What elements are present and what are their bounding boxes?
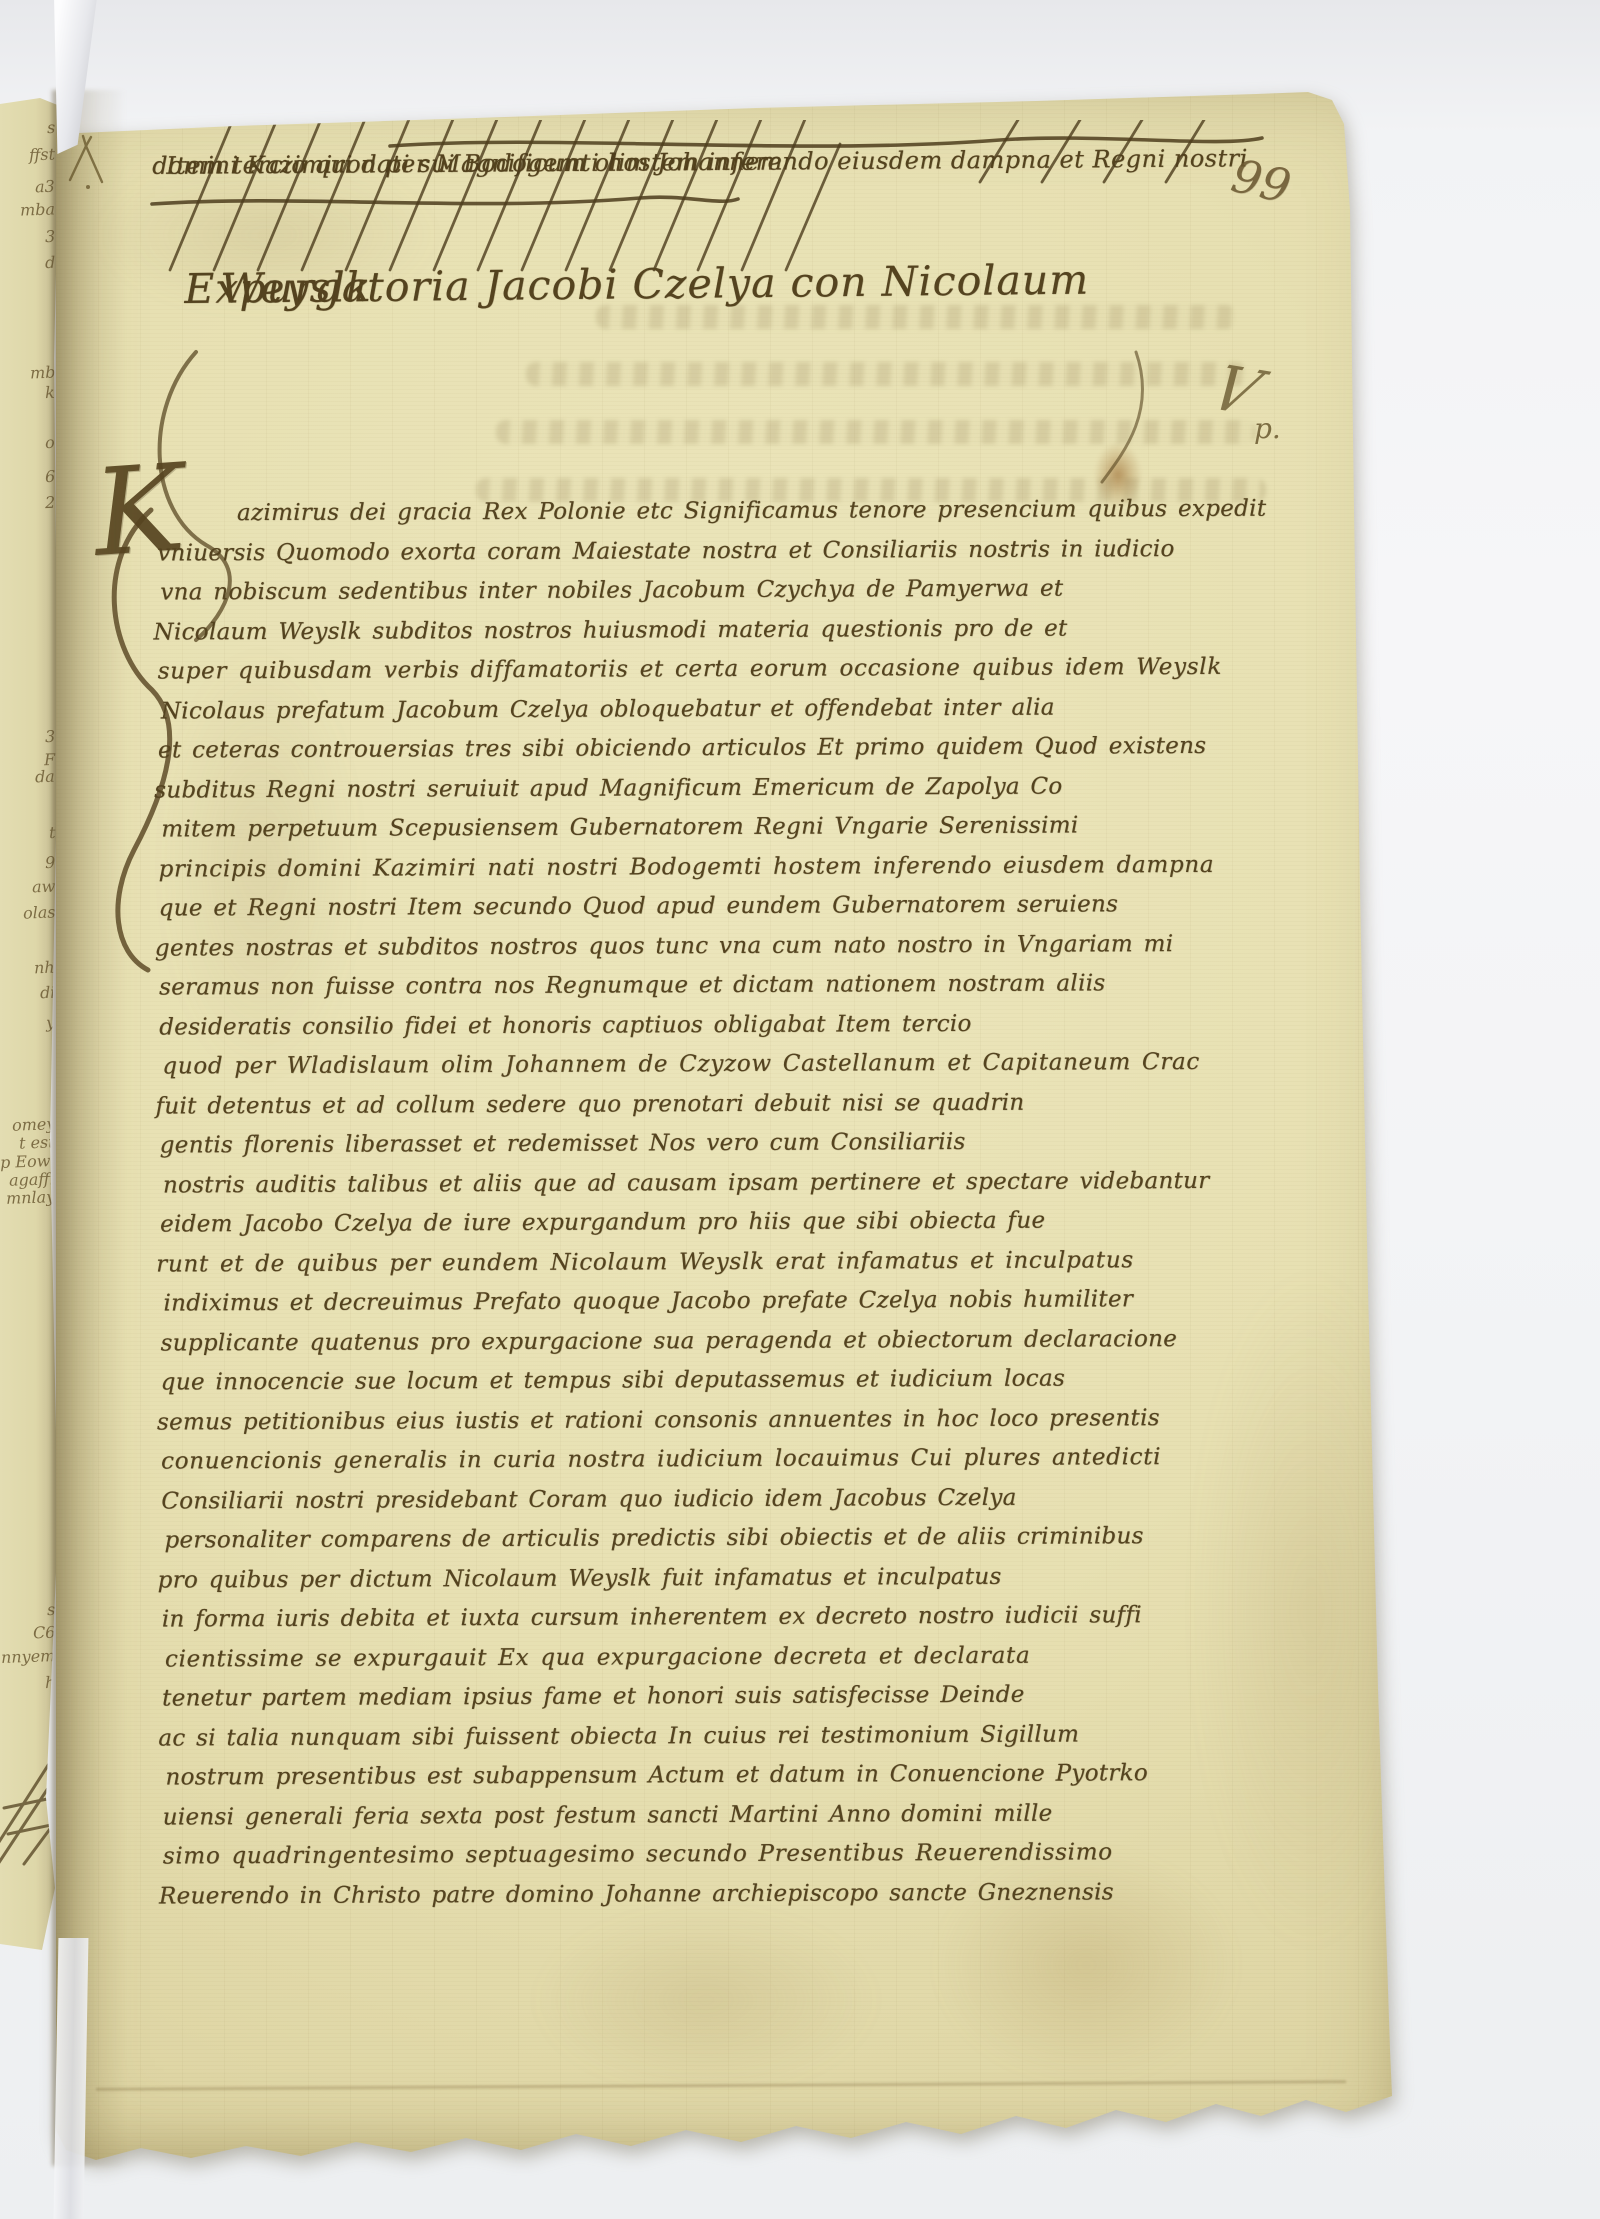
body-line: vniuersis Quomodo exorta coram Maiestate…	[157, 529, 1297, 573]
body-line: conuencionis generalis in curia nostra i…	[161, 1438, 1301, 1482]
cancelled-line: Item tercio quod per Magnificum olim Joh…	[166, 134, 783, 194]
body-line: tenetur partem mediam ipsius fame et hon…	[162, 1675, 1302, 1719]
body-line: indiximus et decreuimus Prefato quoque J…	[163, 1279, 1303, 1323]
manuscript-photograph: s ffst a3 mba 3 d mb k o 6 2 3 F da t 9 …	[0, 0, 1600, 2219]
body-line: ac si talia nunquam sibi fuissent obiect…	[158, 1714, 1298, 1758]
body-line: fuit detentus et ad collum sedere quo pr…	[155, 1082, 1295, 1126]
body-line: eidem Jacobo Czelya de iure expurgandum …	[160, 1201, 1300, 1245]
body-line: gentes nostras et subditos nostros quos …	[155, 924, 1295, 968]
body-line: que et Regni nostri Item secundo Quod ap…	[159, 885, 1299, 929]
body-line: et ceteras controuersias tres sibi obici…	[158, 727, 1298, 771]
parchment-stain	[536, 1910, 876, 2090]
body-line: in forma iuris debita et iuxta cursum in…	[162, 1596, 1302, 1640]
body-line: runt et de quibus per eundem Nicolaum We…	[156, 1240, 1296, 1284]
body-line: subditus Regni nostri seruiuit apud Magn…	[154, 766, 1294, 810]
ink-bleedthrough	[526, 362, 1246, 386]
body-line: cientissime se expurgauit Ex qua expurga…	[165, 1635, 1305, 1679]
body-line: vna nobiscum sedentibus inter nobiles Ja…	[160, 569, 1300, 613]
body-line: principis domini Kazimiri nati nostri Bo…	[158, 845, 1298, 889]
body-line: azimirus dei gracia Rex Polonie etc Sign…	[237, 490, 1297, 534]
body-line: Nicolaus prefatum Jacobum Czelya obloque…	[161, 687, 1301, 731]
body-line: super quibusdam verbis diffamatoriis et …	[158, 648, 1298, 692]
body-line: pro quibus per dictum Nicolaum Weyslk fu…	[158, 1556, 1298, 1600]
body-line: nostrum presentibus est subappensum Actu…	[165, 1753, 1305, 1797]
page-shadow-wrap: domini Kazimiri nati sui Bodogemti hoste…	[0, 0, 1600, 2219]
heading-line: Weyslk	[220, 258, 372, 318]
body-line: mitem perpetuum Scepusiensem Gubernatore…	[161, 806, 1301, 850]
body-line: quod per Wladislaum olim Johannem de Czy…	[162, 1043, 1302, 1087]
body-line: Consiliarii nostri presidebant Coram quo…	[161, 1477, 1301, 1521]
bookmark-ribbon-bottom	[54, 1938, 89, 2219]
body-line: Nicolaum Weyslk subditos nostros huiusmo…	[153, 608, 1293, 652]
body-line: Reuerendo in Christo patre domino Johann…	[159, 1872, 1299, 1916]
body-line: seramus non fuisse contra nos Regnumque …	[159, 964, 1299, 1008]
body-line: desideratis consilio fidei et honoris ca…	[159, 1003, 1299, 1047]
body-line: simo quadringentesimo septuagesimo secun…	[163, 1833, 1303, 1877]
body-text: azimirus dei gracia Rex Polonie etc Sign…	[157, 490, 1303, 1917]
bottom-crease	[96, 2080, 1346, 2091]
cancelled-header: domini Kazimiri nati sui Bodogemti hoste…	[152, 130, 1272, 138]
margin-p-mark: p.	[1254, 412, 1281, 445]
body-line: personaliter comparens de articulis pred…	[164, 1516, 1304, 1560]
body-line: supplicante quatenus pro expurgacione su…	[161, 1319, 1301, 1363]
ink-bleedthrough	[496, 420, 1256, 444]
folio-number: 99	[1227, 148, 1296, 214]
body-line: uiensi generali feria sexta post festum …	[163, 1793, 1303, 1837]
body-line: nostris auditis talibus et aliis que ad …	[163, 1161, 1303, 1205]
body-line: gentis florenis liberasset et redemisset…	[160, 1122, 1300, 1166]
body-line: que innocencie sue locum et tempus sibi …	[161, 1359, 1301, 1403]
body-line: semus petitionibus eius iustis et ration…	[157, 1398, 1297, 1442]
manuscript-page: domini Kazimiri nati sui Bodogemti hoste…	[56, 90, 1400, 2166]
